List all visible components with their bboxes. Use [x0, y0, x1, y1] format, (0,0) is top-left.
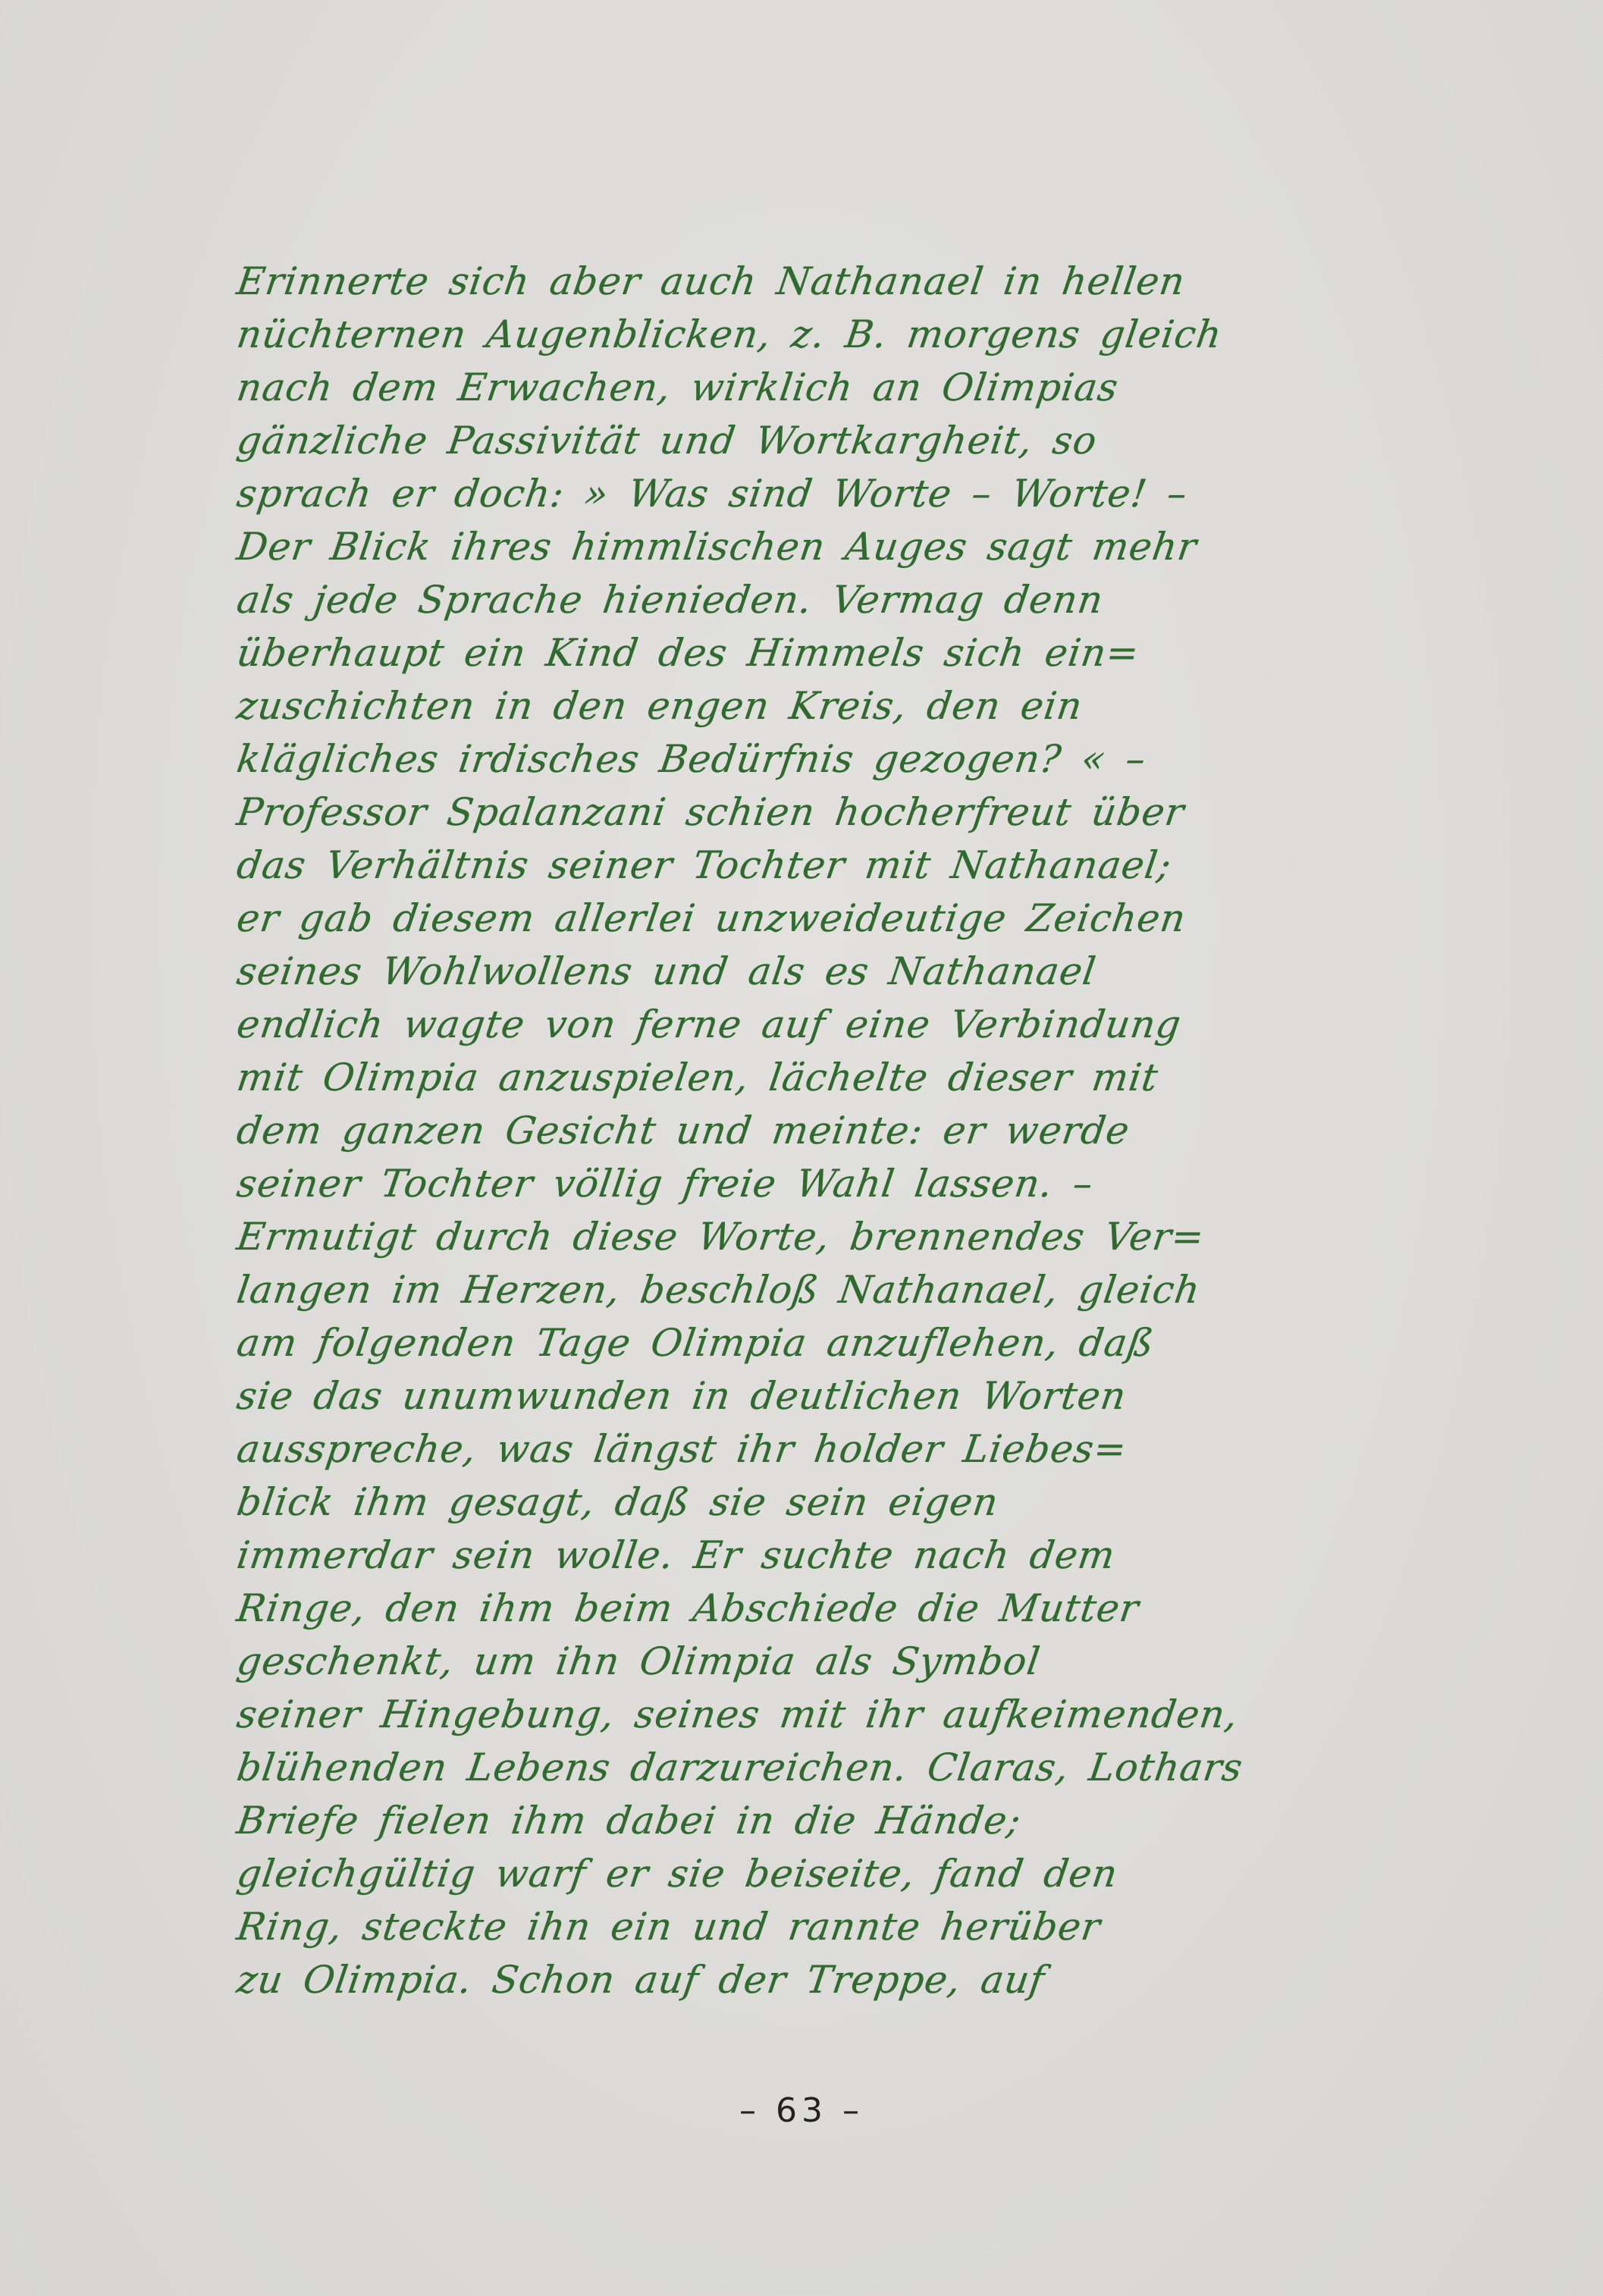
- manuscript-line: Professor Spalanzani schien hocherfreut …: [234, 786, 1424, 839]
- manuscript-line: Erinnerte sich aber auch Nathanael in he…: [234, 255, 1424, 308]
- manuscript-line: mit Olimpia anzuspielen, lächelte dieser…: [234, 1051, 1424, 1104]
- manuscript-line: als jede Sprache hienieden. Vermag denn: [234, 573, 1424, 626]
- manuscript-line: seiner Tochter völlig freie Wahl lassen.…: [234, 1157, 1424, 1210]
- manuscript-line: gleichgültig warf er sie beiseite, fand …: [234, 1847, 1424, 1900]
- manuscript-line: langen im Herzen, beschloß Nathanael, gl…: [234, 1263, 1424, 1316]
- manuscript-line: nüchternen Augenblicken, z. B. morgens g…: [234, 308, 1424, 361]
- page-number: – 63 –: [0, 2091, 1603, 2130]
- manuscript-line: Ermutigt durch diese Worte, brennendes V…: [234, 1210, 1424, 1263]
- manuscript-line: klägliches irdisches Bedürfnis gezogen? …: [234, 732, 1424, 786]
- manuscript-line: blick ihm gesagt, daß sie sein eigen: [234, 1476, 1424, 1529]
- manuscript-line: Ringe, den ihm beim Abschiede die Mutter: [234, 1582, 1424, 1635]
- manuscript-line: blühenden Lebens darzureichen. Claras, L…: [234, 1741, 1424, 1794]
- manuscript-line: sprach er doch: » Was sind Worte – Worte…: [234, 467, 1424, 520]
- manuscript-line: sie das unumwunden in deutlichen Worten: [234, 1369, 1424, 1422]
- manuscript-line: seiner Hingebung, seines mit ihr aufkeim…: [234, 1688, 1424, 1741]
- manuscript-line: zu Olimpia. Schon auf der Treppe, auf: [234, 1953, 1424, 2006]
- manuscript-line: geschenkt, um ihn Olimpia als Symbol: [234, 1635, 1424, 1688]
- manuscript-line: nach dem Erwachen, wirklich an Olimpias: [234, 361, 1424, 414]
- manuscript-line: am folgenden Tage Olimpia anzuflehen, da…: [234, 1316, 1424, 1369]
- manuscript-line: seines Wohlwollens und als es Nathanael: [234, 945, 1424, 998]
- manuscript-line: endlich wagte von ferne auf eine Verbind…: [234, 998, 1424, 1051]
- manuscript-line: das Verhältnis seiner Tochter mit Nathan…: [234, 839, 1424, 892]
- manuscript-line: Ring, steckte ihn ein und rannte herüber: [234, 1900, 1424, 1953]
- manuscript-line: dem ganzen Gesicht und meinte: er werde: [234, 1104, 1424, 1157]
- manuscript-line: Briefe fielen ihm dabei in die Hände;: [234, 1794, 1424, 1847]
- manuscript-line: zuschichten in den engen Kreis, den ein: [234, 679, 1424, 732]
- manuscript-line: gänzliche Passivität und Wortkargheit, s…: [234, 414, 1424, 467]
- manuscript-line: immerdar sein wolle. Er suchte nach dem: [234, 1529, 1424, 1582]
- manuscript-line: Der Blick ihres himmlischen Auges sagt m…: [234, 520, 1424, 573]
- handwritten-manuscript: Erinnerte sich aber auch Nathanael in he…: [234, 255, 1416, 2006]
- manuscript-line: er gab diesem allerlei unzweideutige Zei…: [234, 892, 1424, 945]
- manuscript-line: überhaupt ein Kind des Himmels sich ein=: [234, 626, 1424, 679]
- manuscript-line: ausspreche, was längst ihr holder Liebes…: [234, 1422, 1424, 1476]
